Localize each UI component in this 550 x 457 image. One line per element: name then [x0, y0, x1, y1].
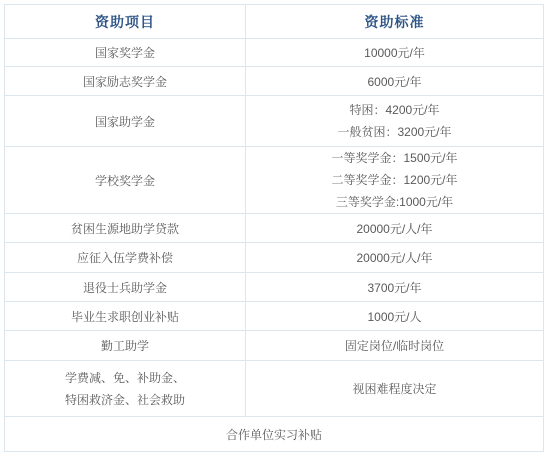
project-cell: 学校奖学金: [5, 147, 246, 214]
table-row: 学校奖学金 一等奖学金：1500元/年 二等奖学金：1200元/年 三等奖学金:…: [5, 147, 544, 214]
standard-cell: 20000元/人/年: [246, 214, 544, 243]
project-cell: 学费减、免、补助金、 特困救济金、社会救助: [5, 361, 246, 417]
standard-cell: 一等奖学金：1500元/年 二等奖学金：1200元/年 三等奖学金:1000元/…: [246, 147, 544, 214]
standard-cell: 1000元/人: [246, 302, 544, 331]
standard-cell: 特困：4200元/年 一般贫困：3200元/年: [246, 96, 544, 147]
header-row: 资助项目 资助标准: [5, 5, 544, 39]
table-row: 学费减、免、补助金、 特困救济金、社会救助 视困难程度决定: [5, 361, 544, 417]
col-header-standard: 资助标准: [246, 5, 544, 39]
standard-cell: 20000元/人/年: [246, 243, 544, 273]
project-cell: 退役士兵助学金: [5, 273, 246, 302]
table-row: 应征入伍学费补偿 20000元/人/年: [5, 243, 544, 273]
project-cell: 国家励志奖学金: [5, 67, 246, 96]
standard-cell: 10000元/年: [246, 39, 544, 67]
standard-cell: 3700元/年: [246, 273, 544, 302]
table-row: 毕业生求职创业补贴 1000元/人: [5, 302, 544, 331]
project-line: 特困救济金、社会救助: [11, 389, 239, 411]
footer-row: 合作单位实习补贴: [5, 417, 544, 452]
table-row: 退役士兵助学金 3700元/年: [5, 273, 544, 302]
table-row: 国家助学金 特困：4200元/年 一般贫困：3200元/年: [5, 96, 544, 147]
standard-line: 二等奖学金：1200元/年: [252, 169, 537, 191]
footer-cell: 合作单位实习补贴: [5, 417, 544, 452]
project-line: 学费减、免、补助金、: [11, 367, 239, 389]
table-row: 国家奖学金 10000元/年: [5, 39, 544, 67]
table-row: 贫困生源地助学贷款 20000元/人/年: [5, 214, 544, 243]
standard-cell: 视困难程度决定: [246, 361, 544, 417]
standard-line: 特困：4200元/年: [252, 99, 537, 121]
standard-line: 一等奖学金：1500元/年: [252, 147, 537, 169]
standard-cell: 固定岗位/临时岗位: [246, 331, 544, 361]
project-cell: 勤工助学: [5, 331, 246, 361]
standard-cell: 6000元/年: [246, 67, 544, 96]
project-cell: 国家奖学金: [5, 39, 246, 67]
standard-line: 三等奖学金:1000元/年: [252, 191, 537, 213]
col-header-project: 资助项目: [5, 5, 246, 39]
funding-table-container: 资助项目 资助标准 国家奖学金 10000元/年 国家励志奖学金 6000元/年…: [0, 0, 550, 457]
project-cell: 国家助学金: [5, 96, 246, 147]
funding-table: 资助项目 资助标准 国家奖学金 10000元/年 国家励志奖学金 6000元/年…: [4, 4, 544, 452]
project-cell: 毕业生求职创业补贴: [5, 302, 246, 331]
standard-line: 一般贫困：3200元/年: [252, 121, 537, 143]
table-row: 国家励志奖学金 6000元/年: [5, 67, 544, 96]
project-cell: 贫困生源地助学贷款: [5, 214, 246, 243]
project-cell: 应征入伍学费补偿: [5, 243, 246, 273]
table-row: 勤工助学 固定岗位/临时岗位: [5, 331, 544, 361]
